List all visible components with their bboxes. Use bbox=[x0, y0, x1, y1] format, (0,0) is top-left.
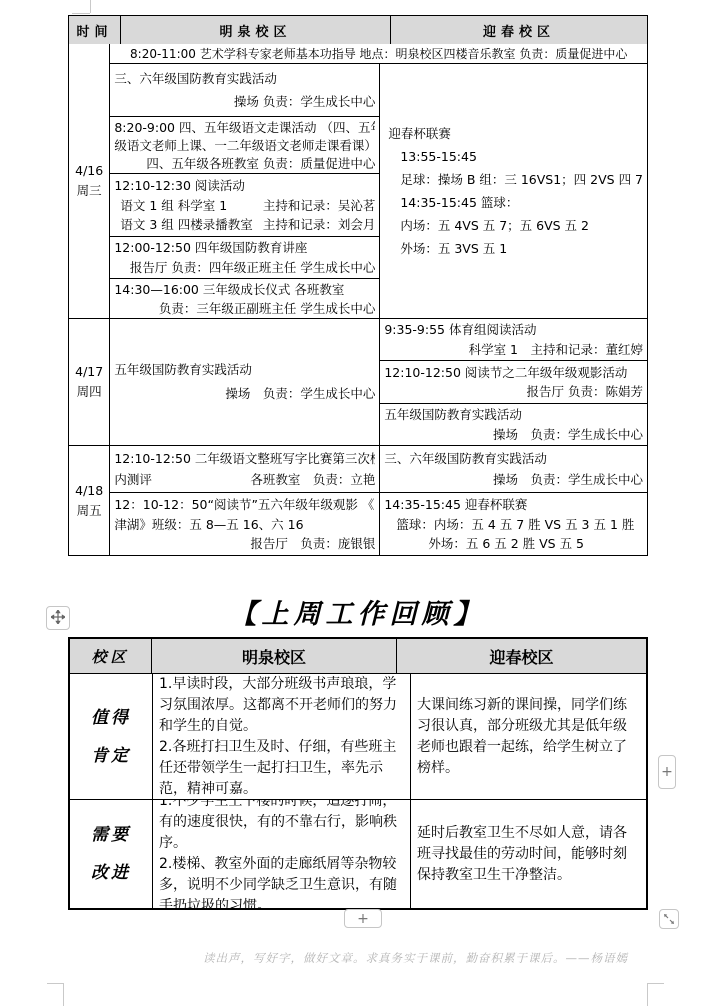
schedule-time-column: 4/16 周三 4/17 周四 4/18 周五 bbox=[69, 44, 110, 555]
schedule-cell: 14:30—16:00 三年级成长仪式 各班教室 负责：三年级正副班主任 学生成… bbox=[110, 279, 379, 319]
cell-line: 报告厅 负责：四年级正班主任 学生成长中心 bbox=[114, 258, 375, 277]
review-paragraph: 延时后教室卫生不尽如人意，请各班寻找最佳的劳动时间，能够时刻保持教室卫生干净整洁… bbox=[417, 823, 640, 886]
page-margin-mark bbox=[63, 983, 64, 1006]
cell-line: 报告厅 负责：陈娟芳 bbox=[384, 382, 643, 401]
schedule-cell: 三、六年级国防教育实践活动 操场 负责：学生成长中心 bbox=[380, 446, 647, 493]
cell-line: 五年级国防教育实践活动 bbox=[114, 358, 375, 382]
cell-line: 14:35-15:45 篮球： bbox=[388, 191, 643, 214]
cell-line-left: 内测评 bbox=[114, 470, 152, 489]
review-cell: 1.早读时段，大部分班级书声琅琅，学习氛围浓厚。这都离不开老师们的努力和学生的自… bbox=[153, 674, 411, 799]
date-label: 4/16 bbox=[75, 161, 103, 181]
date-label: 4/18 bbox=[75, 481, 103, 501]
review-header-mingquan: 明泉校区 bbox=[152, 639, 397, 673]
cell-line: 四、五年级各班教室 负责：质量促进中心 bbox=[114, 154, 375, 172]
review-row-label: 需要 改进 bbox=[70, 800, 153, 908]
cell-line: 三、六年级国防教育实践活动 bbox=[114, 69, 375, 88]
cell-line: 三、六年级国防教育实践活动 bbox=[384, 449, 643, 468]
cell-line: 负责：三年级正副班主任 学生成长中心 bbox=[114, 299, 375, 318]
cell-line: 12:10-12:50 阅读节之二年级年级观影活动 bbox=[384, 363, 643, 382]
cell-line: 13:55-15:45 bbox=[388, 145, 643, 168]
page-margin-mark bbox=[647, 983, 648, 1006]
schedule-table[interactable]: 时间 明泉校区 迎春校区 4/16 周三 4/17 周四 4/18 周五 8:2… bbox=[68, 15, 648, 556]
date-cell: 4/18 周五 bbox=[69, 446, 109, 555]
footer-motto: 读出声，写好字，做好文章。求真务实于课前，勤奋积累于课后。——杨语嫣 bbox=[203, 950, 628, 966]
schedule-header-row: 时间 明泉校区 迎春校区 bbox=[69, 16, 647, 44]
cell-line: 报告厅 负责：庞银银 bbox=[114, 534, 375, 553]
cell-line-left: 语文 1 组 科学室 1 bbox=[120, 196, 227, 215]
cell-line: 操场 负责：学生成长中心 bbox=[384, 470, 643, 489]
cell-line-right: 主持和记录：吴沁茗 bbox=[263, 196, 376, 215]
cell-line: 外场：五 6 五 2 胜 VS 五 5 bbox=[384, 534, 643, 553]
schedule-cell: 五年级国防教育实践活动 操场 负责：学生成长中心 bbox=[380, 404, 647, 446]
move-icon bbox=[51, 609, 65, 628]
review-header-yingchun: 迎春校区 bbox=[397, 639, 646, 673]
cell-line: 14:35-15:45 迎春杯联赛 bbox=[384, 495, 643, 514]
review-cell: 延时后教室卫生不尽如人意，请各班寻找最佳的劳动时间，能够时刻保持教室卫生干净整洁… bbox=[411, 800, 646, 908]
review-paragraph: 1.不少学生上下楼的时候，追逐打闹，有的速度很快，有的不靠右行，影响秩序。 bbox=[159, 800, 404, 854]
schedule-cell: 8:20-9:00 四、五年级语文走课活动 （四、五年 级语文老师上课、一二年级… bbox=[110, 117, 379, 174]
page-margin-mark bbox=[47, 983, 64, 984]
schedule-cell: 12:10-12:50 阅读节之二年级年级观影活动 报告厅 负责：陈娟芳 bbox=[380, 361, 647, 404]
weekday-label: 周三 bbox=[77, 181, 102, 201]
review-cell: 1.不少学生上下楼的时候，追逐打闹，有的速度很快，有的不靠右行，影响秩序。 2.… bbox=[153, 800, 411, 908]
cell-line: 8:20-9:00 四、五年级语文走课活动 （四、五年 bbox=[114, 118, 375, 136]
cell-line-right: 主持和记录：刘会月 bbox=[263, 215, 376, 234]
page-margin-mark bbox=[72, 13, 90, 14]
cell-line: 语文 1 组 科学室 1 主持和记录：吴沁茗 bbox=[114, 196, 375, 215]
table-resize-handle[interactable] bbox=[659, 909, 679, 929]
review-paragraph: 大课间练习新的课间操，同学们练习很认真，部分班级尤其是低年级老师也跟着一起练，给… bbox=[417, 695, 640, 779]
cell-line: 12:10-12:30 阅读活动 bbox=[114, 176, 375, 195]
resize-icon bbox=[663, 910, 675, 929]
review-row-label: 值得 肯定 bbox=[70, 674, 153, 799]
schedule-cell: 12:10-12:50 二年级语文整班写字比赛第三次校 内测评 各班教室 负责：… bbox=[110, 446, 379, 493]
schedule-header-mingquan: 明泉校区 bbox=[121, 16, 391, 44]
review-paragraph: 1.早读时段，大部分班级书声琅琅，学习氛围浓厚。这都离不开老师们的努力和学生的自… bbox=[159, 674, 404, 737]
cell-line: 五年级国防教育实践活动 bbox=[384, 405, 643, 424]
schedule-cell: 12：10-12：50“阅读节”五六年级年级观影 《长 津湖》班级：五 8—五 … bbox=[110, 493, 379, 555]
table-move-handle[interactable] bbox=[46, 606, 70, 630]
label-line: 值得 bbox=[91, 699, 131, 737]
schedule-cell: 12:10-12:30 阅读活动 语文 1 组 科学室 1 主持和记录：吴沁茗 … bbox=[110, 174, 379, 237]
schedule-header-time: 时间 bbox=[69, 16, 121, 44]
cell-line-left: 语文 3 组 四楼录播教室 bbox=[120, 215, 252, 234]
cell-line: 14:30—16:00 三年级成长仪式 各班教室 bbox=[114, 280, 375, 299]
cell-line: 级语文老师上课、一二年级语文老师走课看课） bbox=[114, 136, 375, 154]
weekday-label: 周四 bbox=[77, 382, 102, 402]
cell-line: 科学室 1 主持和记录：董红婷 bbox=[384, 340, 643, 359]
page-margin-mark bbox=[90, 0, 91, 13]
schedule-cell: 五年级国防教育实践活动 操场 负责：学生成长中心 bbox=[110, 319, 379, 446]
schedule-span-row: 8:20-11:00 艺术学科专家老师基本功指导 地点：明泉校区四楼音乐教室 负… bbox=[110, 44, 647, 64]
insert-column-button[interactable]: + bbox=[658, 755, 676, 789]
cell-line: 12：10-12：50“阅读节”五六年级年级观影 《长 bbox=[114, 495, 375, 514]
cell-line: 操场 负责：学生成长中心 bbox=[114, 92, 375, 111]
schedule-header-yingchun: 迎春校区 bbox=[391, 16, 647, 44]
cell-line: 语文 3 组 四楼录播教室 主持和记录：刘会月 bbox=[114, 215, 375, 234]
label-line: 肯定 bbox=[91, 737, 131, 775]
review-paragraph: 2.楼梯、教室外面的走廊纸屑等杂物较多，说明不少同学缺乏卫生意识，有随手扔垃圾的… bbox=[159, 854, 404, 908]
cell-line: 操场 负责：学生成长中心 bbox=[384, 425, 643, 444]
review-paragraph: 2.各班打扫卫生及时、仔细，有些班主任还带领学生一起打扫卫生，率先示范，精神可嘉… bbox=[159, 737, 404, 800]
cell-line: 津湖》班级：五 8—五 16、六 16 bbox=[114, 515, 375, 534]
plus-icon: + bbox=[661, 764, 673, 780]
date-label: 4/17 bbox=[75, 362, 103, 382]
cell-line: 迎春杯联赛 bbox=[388, 122, 643, 145]
section-title: 【上周工作回顾】 bbox=[0, 592, 715, 631]
schedule-cell: 12:00-12:50 四年级国防教育讲座 报告厅 负责：四年级正班主任 学生成… bbox=[110, 237, 379, 279]
cell-line: 内场：五 4VS 五 7；五 6VS 五 2 bbox=[388, 214, 643, 237]
schedule-cell: 14:35-15:45 迎春杯联赛 篮球：内场：五 4 五 7 胜 VS 五 3… bbox=[380, 493, 647, 555]
review-cell: 大课间练习新的课间操，同学们练习很认真，部分班级尤其是低年级老师也跟着一起练，给… bbox=[411, 674, 646, 799]
label-line: 改进 bbox=[91, 854, 131, 892]
review-header-row: 校区 明泉校区 迎春校区 bbox=[70, 639, 646, 673]
cell-line: 12:10-12:50 二年级语文整班写字比赛第三次校 bbox=[114, 449, 375, 468]
cell-line: 操场 负责：学生成长中心 bbox=[114, 382, 375, 406]
cell-line: 9:35-9:55 体育组阅读活动 bbox=[384, 320, 643, 339]
date-cell: 4/17 周四 bbox=[69, 319, 109, 446]
date-cell: 4/16 周三 bbox=[69, 44, 109, 319]
insert-row-button[interactable]: + bbox=[344, 909, 382, 928]
plus-icon: + bbox=[357, 911, 369, 927]
cell-line: 外场：五 3VS 五 1 bbox=[388, 237, 643, 260]
schedule-cell: 迎春杯联赛 13:55-15:45 足球：操场 B 组：三 16VS1；四 2V… bbox=[380, 64, 647, 319]
weekday-label: 周五 bbox=[77, 501, 102, 521]
cell-line-right: 各班教室 负责：立艳 bbox=[250, 470, 375, 489]
cell-line: 内测评 各班教室 负责：立艳 bbox=[114, 470, 375, 489]
review-header-campus: 校区 bbox=[70, 639, 152, 673]
cell-line: 12:00-12:50 四年级国防教育讲座 bbox=[114, 238, 375, 257]
page-margin-mark bbox=[647, 983, 664, 984]
schedule-cell: 三、六年级国防教育实践活动 操场 负责：学生成长中心 bbox=[110, 64, 379, 117]
cell-line: 篮球：内场：五 4 五 7 胜 VS 五 3 五 1 胜 bbox=[384, 515, 643, 534]
label-line: 需要 bbox=[91, 816, 131, 854]
review-table[interactable]: 校区 明泉校区 迎春校区 值得 肯定 1.早读时段，大部分班级书声琅琅，学习氛围… bbox=[68, 637, 648, 910]
schedule-cell: 9:35-9:55 体育组阅读活动 科学室 1 主持和记录：董红婷 bbox=[380, 319, 647, 361]
cell-line: 足球：操场 B 组：三 16VS1；四 2VS 四 7 bbox=[388, 168, 643, 191]
